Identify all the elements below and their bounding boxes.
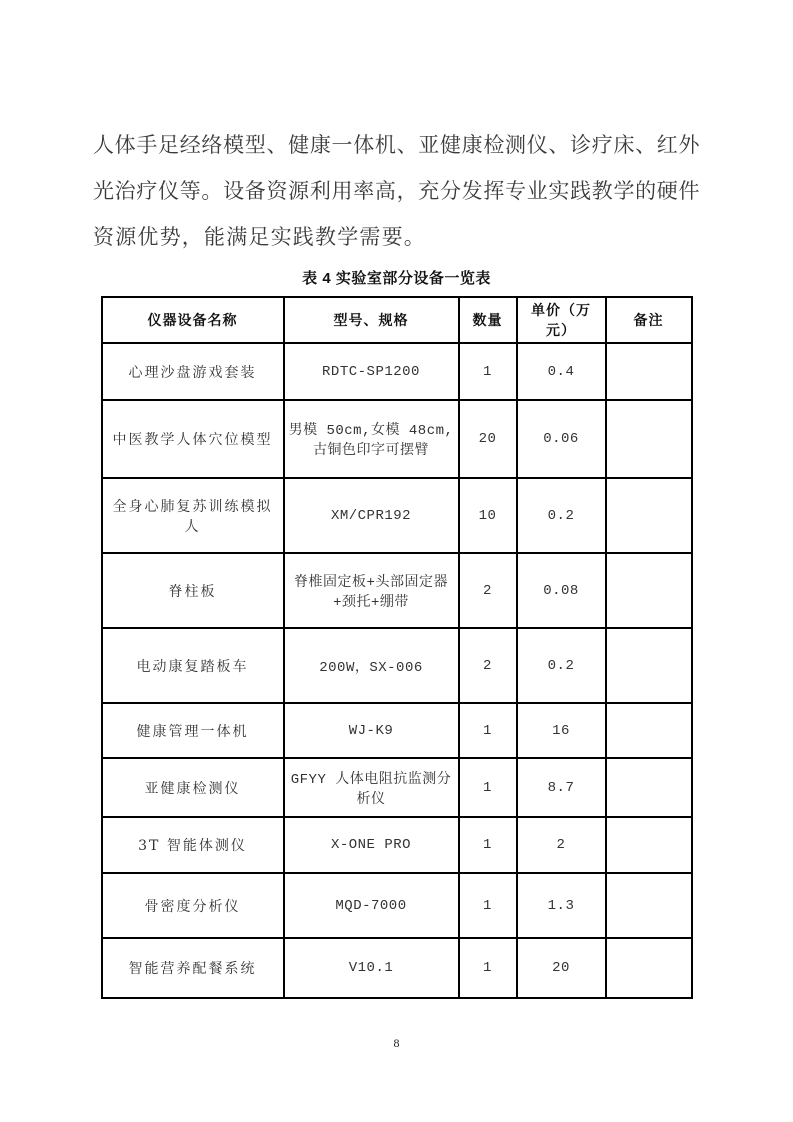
cell-quantity: 1: [459, 873, 517, 938]
cell-note: [606, 873, 692, 938]
cell-name: 骨密度分析仪: [102, 873, 284, 938]
cell-name: 3T 智能体测仪: [102, 817, 284, 873]
equipment-table: 仪器设备名称 型号、规格 数量 单价（万元） 备注 心理沙盘游戏套装 RDTC-…: [101, 296, 693, 999]
header-cell-unit-price: 单价（万元）: [517, 297, 606, 343]
cell-model: X-ONE PRO: [284, 817, 459, 873]
cell-note: [606, 817, 692, 873]
cell-name: 智能营养配餐系统: [102, 938, 284, 998]
cell-model: RDTC-SP1200: [284, 343, 459, 400]
cell-model: 200W，SX-006: [284, 628, 459, 703]
cell-quantity: 1: [459, 703, 517, 758]
cell-quantity: 2: [459, 628, 517, 703]
cell-name: 全身心肺复苏训练模拟人: [102, 478, 284, 553]
cell-unit-price: 0.4: [517, 343, 606, 400]
table-row: 全身心肺复苏训练模拟人 XM/CPR192 10 0.2: [102, 478, 692, 553]
cell-name: 电动康复踏板车: [102, 628, 284, 703]
cell-model: V10.1: [284, 938, 459, 998]
cell-name: 中医教学人体穴位模型: [102, 400, 284, 478]
cell-model: WJ-K9: [284, 703, 459, 758]
header-cell-model: 型号、规格: [284, 297, 459, 343]
cell-note: [606, 343, 692, 400]
cell-model: 男模 50cm,女模 48cm,古铜色印字可摆臂: [284, 400, 459, 478]
cell-name: 心理沙盘游戏套装: [102, 343, 284, 400]
table-row: 电动康复踏板车 200W，SX-006 2 0.2: [102, 628, 692, 703]
cell-unit-price: 8.7: [517, 758, 606, 817]
paragraph-line: 资源优势，能满足实践教学需要。: [93, 214, 700, 260]
table-row: 健康管理一体机 WJ-K9 1 16: [102, 703, 692, 758]
cell-name: 亚健康检测仪: [102, 758, 284, 817]
header-cell-quantity: 数量: [459, 297, 517, 343]
table-row: 中医教学人体穴位模型 男模 50cm,女模 48cm,古铜色印字可摆臂 20 0…: [102, 400, 692, 478]
cell-name: 健康管理一体机: [102, 703, 284, 758]
cell-note: [606, 553, 692, 628]
table-row: 骨密度分析仪 MQD-7000 1 1.3: [102, 873, 692, 938]
body-paragraph: 人体手足经络模型、健康一体机、亚健康检测仪、诊疗床、红外 光治疗仪等。设备资源利…: [93, 122, 700, 260]
header-cell-note: 备注: [606, 297, 692, 343]
cell-note: [606, 400, 692, 478]
cell-unit-price: 0.06: [517, 400, 606, 478]
cell-unit-price: 0.2: [517, 628, 606, 703]
table-row: 脊柱板 脊椎固定板+头部固定器+颈托+绷带 2 0.08: [102, 553, 692, 628]
table-row: 心理沙盘游戏套装 RDTC-SP1200 1 0.4: [102, 343, 692, 400]
cell-note: [606, 628, 692, 703]
cell-note: [606, 938, 692, 998]
cell-unit-price: 0.2: [517, 478, 606, 553]
table-row: 智能营养配餐系统 V10.1 1 20: [102, 938, 692, 998]
document-page: 人体手足经络模型、健康一体机、亚健康检测仪、诊疗床、红外 光治疗仪等。设备资源利…: [0, 122, 793, 999]
cell-unit-price: 1.3: [517, 873, 606, 938]
cell-note: [606, 703, 692, 758]
table-header-row: 仪器设备名称 型号、规格 数量 单价（万元） 备注: [102, 297, 692, 343]
cell-unit-price: 0.08: [517, 553, 606, 628]
cell-model: GFYY 人体电阻抗监测分析仪: [284, 758, 459, 817]
header-cell-name: 仪器设备名称: [102, 297, 284, 343]
cell-model: MQD-7000: [284, 873, 459, 938]
cell-quantity: 1: [459, 817, 517, 873]
cell-quantity: 1: [459, 758, 517, 817]
paragraph-line: 光治疗仪等。设备资源利用率高，充分发挥专业实践教学的硬件: [93, 168, 700, 214]
cell-quantity: 1: [459, 343, 517, 400]
paragraph-line: 人体手足经络模型、健康一体机、亚健康检测仪、诊疗床、红外: [93, 122, 700, 168]
cell-note: [606, 478, 692, 553]
cell-model: 脊椎固定板+头部固定器+颈托+绷带: [284, 553, 459, 628]
cell-quantity: 1: [459, 938, 517, 998]
page-number: 8: [0, 1036, 793, 1051]
cell-quantity: 10: [459, 478, 517, 553]
table-title: 表 4 实验室部分设备一览表: [0, 267, 793, 288]
cell-name: 脊柱板: [102, 553, 284, 628]
cell-note: [606, 758, 692, 817]
cell-unit-price: 20: [517, 938, 606, 998]
table-row: 3T 智能体测仪 X-ONE PRO 1 2: [102, 817, 692, 873]
cell-model: XM/CPR192: [284, 478, 459, 553]
cell-quantity: 20: [459, 400, 517, 478]
table-row: 亚健康检测仪 GFYY 人体电阻抗监测分析仪 1 8.7: [102, 758, 692, 817]
cell-unit-price: 16: [517, 703, 606, 758]
cell-unit-price: 2: [517, 817, 606, 873]
cell-quantity: 2: [459, 553, 517, 628]
